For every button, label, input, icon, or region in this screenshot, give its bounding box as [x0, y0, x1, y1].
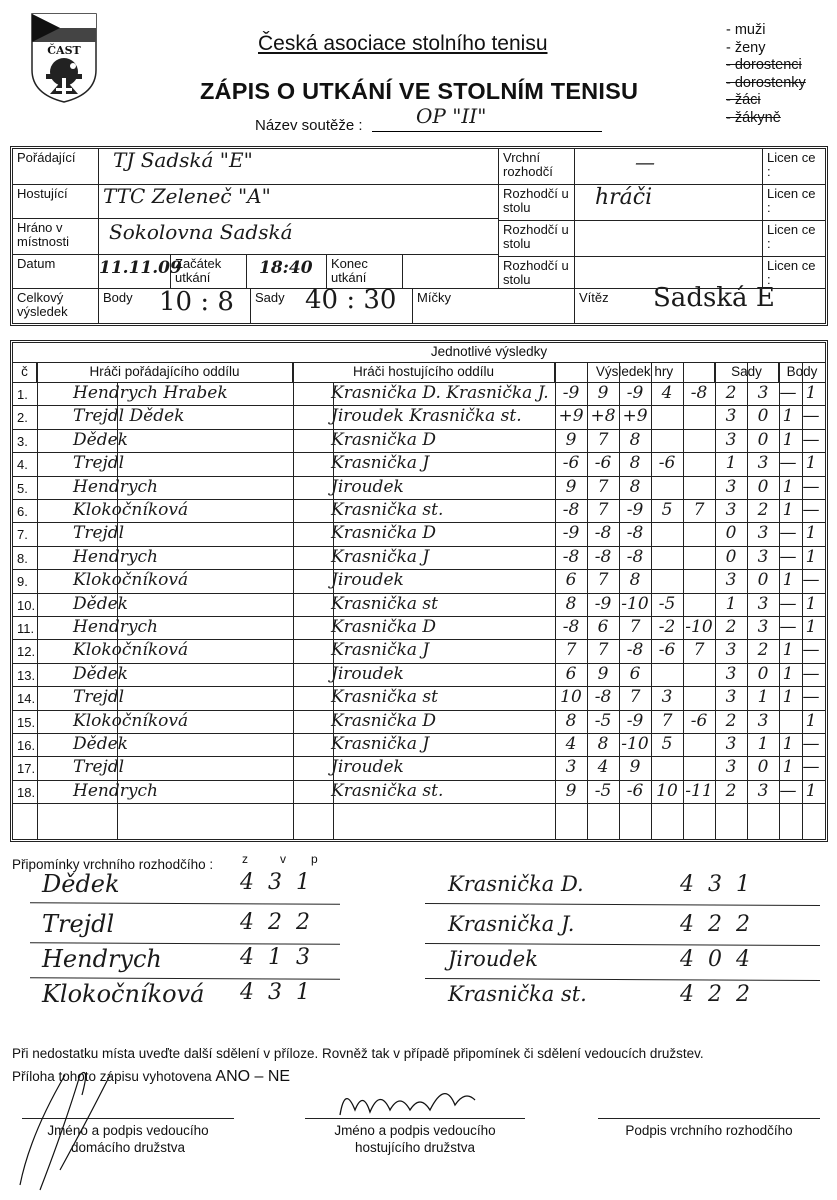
winner-field[interactable]: Vítěz Sadská E [575, 289, 825, 323]
set-score[interactable]: 2 [715, 617, 747, 637]
game-score[interactable]: 3 [555, 757, 587, 777]
row-number: 8. [17, 551, 28, 566]
table-row[interactable]: 3.DědekKrasnička D978301— [13, 430, 825, 453]
category-item[interactable]: - muži [726, 22, 806, 40]
game-score[interactable]: -8 [555, 547, 587, 567]
guest-label: Hostující [13, 185, 99, 219]
home-player[interactable]: Dědek [73, 664, 128, 684]
end-field[interactable] [403, 255, 499, 289]
set-score[interactable]: 3 [715, 734, 747, 754]
date-label: Datum [13, 255, 99, 289]
table-row[interactable]: 15.KlokočníkováKrasnička D8-5-97-6231 [13, 711, 825, 734]
remark-guest-player: Jiroudek [448, 947, 538, 971]
table-row[interactable]: 14.TrejdlKrasnička st10-873311— [13, 687, 825, 710]
game-score[interactable]: -5 [587, 781, 619, 801]
match-info-table: Pořádající TJ Sadská "E" Hostující TTC Z… [10, 146, 828, 326]
table-row[interactable]: 7.TrejdlKrasnička D-9-8-803—1 [13, 523, 825, 546]
license-label: Licen ce : [763, 149, 825, 185]
game-score[interactable]: 3 [651, 687, 683, 707]
zvp-header: z [242, 852, 248, 866]
game-score[interactable]: 9 [555, 781, 587, 801]
venue-label: Hráno v místnosti [13, 219, 99, 255]
table-row[interactable]: 16.DědekKrasnička J48-105311— [13, 734, 825, 757]
remark-guest-stats: 404 [680, 947, 764, 972]
table-row[interactable]: 4.TrejdlKrasnička J-6-68-613—1 [13, 453, 825, 476]
points-total[interactable]: Body 10 : 8 [99, 289, 251, 323]
home-signature-icon [10, 1055, 120, 1195]
game-score[interactable]: 8 [555, 711, 587, 731]
col-home-players: Hráči pořádajícího oddílu [37, 363, 293, 383]
game-score[interactable]: +9 [619, 406, 651, 426]
category-item[interactable]: - žáci [726, 92, 806, 110]
sets-total[interactable]: Sady 40 : 30 [251, 289, 413, 323]
license-label: Licen ce : [763, 257, 825, 289]
game-score[interactable]: 7 [619, 617, 651, 637]
table-referee-field[interactable]: hráči [575, 185, 763, 221]
game-score[interactable]: +9 [555, 406, 587, 426]
game-score[interactable]: -8 [619, 640, 651, 660]
table-row[interactable]: 6.KlokočníkováKrasnička st.-87-957321— [13, 500, 825, 523]
game-score[interactable]: -8 [683, 383, 715, 403]
column-divider [117, 383, 118, 839]
row-number: 1. [17, 387, 28, 402]
guest-player[interactable]: Krasnička J [331, 453, 429, 473]
game-score[interactable]: -10 [683, 617, 715, 637]
table-row[interactable]: 1.Hendrych HrabekKrasnička D. Krasnička … [13, 383, 825, 406]
guest-player[interactable]: Jiroudek [331, 570, 404, 590]
guest-player[interactable]: Krasnička D. Krasnička J. [331, 383, 549, 403]
guest-player[interactable]: Jiroudek [331, 757, 404, 777]
chief-referee-field[interactable]: — [575, 149, 763, 185]
game-score[interactable]: 7 [619, 687, 651, 707]
game-score[interactable]: -11 [683, 781, 715, 801]
remark-home-player: Klokočníková [42, 980, 204, 1008]
table-referee-label: Rozhodčí u stolu [499, 221, 575, 257]
game-score[interactable]: -8 [587, 687, 619, 707]
competition-value[interactable]: OP "II" [416, 104, 486, 128]
game-score[interactable]: -9 [587, 594, 619, 614]
table-row[interactable]: 18.HendrychKrasnička st.9-5-610-1123—1 [13, 781, 825, 804]
table-row[interactable]: 9.KlokočníkováJiroudek678301— [13, 570, 825, 593]
column-divider [802, 363, 803, 839]
table-row[interactable]: 17.TrejdlJiroudek349301— [13, 757, 825, 780]
remark-home-stats: 431 [240, 870, 324, 895]
set-score[interactable]: 3 [715, 664, 747, 684]
game-score[interactable]: 7 [587, 500, 619, 520]
set-score[interactable]: 3 [715, 640, 747, 660]
guest-player[interactable]: Krasnička D [331, 711, 436, 731]
game-score[interactable]: -6 [651, 640, 683, 660]
remark-line [30, 902, 340, 905]
competition-label: Název soutěže : [255, 117, 363, 134]
set-score[interactable]: 2 [715, 711, 747, 731]
game-score[interactable]: -6 [619, 781, 651, 801]
column-divider [293, 363, 294, 839]
attachment-options[interactable]: ANO – NE [215, 1068, 290, 1085]
guest-player[interactable]: Krasnička D [331, 617, 436, 637]
game-score[interactable]: 9 [587, 383, 619, 403]
total-label: Celkový výsledek [13, 289, 99, 323]
game-score[interactable]: 7 [587, 640, 619, 660]
guest-player[interactable]: Krasnička J [331, 734, 429, 754]
column-divider [651, 363, 652, 839]
game-score[interactable]: 7 [555, 640, 587, 660]
home-player[interactable]: Hendrych [73, 617, 158, 637]
game-score[interactable]: 8 [619, 570, 651, 590]
game-score[interactable]: -8 [555, 617, 587, 637]
guest-player[interactable]: Jiroudek Krasnička st. [331, 406, 522, 426]
remark-line [425, 903, 820, 906]
game-score[interactable]: 6 [587, 617, 619, 637]
game-score[interactable]: 9 [619, 757, 651, 777]
game-score[interactable]: -8 [587, 547, 619, 567]
start-field[interactable]: 18:40 [247, 255, 327, 289]
row-number: 15. [17, 715, 35, 730]
remark-guest-player: Krasnička J. [448, 912, 574, 936]
table-row[interactable]: 10.DědekKrasnička st8-9-10-513—1 [13, 594, 825, 617]
set-score[interactable]: 0 [715, 547, 747, 567]
game-score[interactable]: -5 [651, 594, 683, 614]
game-score[interactable]: 7 [651, 711, 683, 731]
home-player[interactable]: Hendrych Hrabek [73, 383, 228, 403]
column-divider [747, 363, 748, 839]
game-score[interactable]: 5 [651, 734, 683, 754]
game-score[interactable]: -9 [555, 383, 587, 403]
chief-referee-label: Vrchní rozhodčí [499, 149, 575, 185]
row-number: 6. [17, 504, 28, 519]
remark-guest-stats: 422 [680, 982, 764, 1007]
game-score[interactable]: -8 [555, 500, 587, 520]
row-number: 2. [17, 410, 28, 425]
remark-guest-stats: 422 [680, 912, 764, 937]
guest-player[interactable]: Jiroudek [331, 664, 404, 684]
referee-signature-label: Podpis vrchního rozhodčího [598, 1122, 820, 1139]
guest-player[interactable]: Krasnička D [331, 523, 436, 543]
remark-home-player: Trejdl [42, 910, 114, 938]
game-score[interactable]: -6 [651, 453, 683, 473]
guest-player[interactable]: Krasnička st [331, 687, 438, 707]
table-row[interactable]: 2.Trejdl DědekJiroudek Krasnička st.+9+8… [13, 406, 825, 429]
category-item[interactable]: - dorostenky [726, 75, 806, 93]
set-score[interactable]: 0 [715, 523, 747, 543]
row-number: 7. [17, 527, 28, 542]
game-score[interactable]: -9 [619, 500, 651, 520]
set-score[interactable]: 3 [715, 406, 747, 426]
home-player[interactable]: Klokočníková [73, 570, 188, 590]
remark-line [425, 978, 820, 981]
home-player[interactable]: Hendrych [73, 781, 158, 801]
game-score[interactable]: -6 [587, 453, 619, 473]
guest-signature-icon [335, 1080, 485, 1120]
column-divider [619, 363, 620, 839]
column-divider [37, 363, 38, 839]
remark-guest-player: Krasnička st. [448, 982, 587, 1006]
set-score[interactable]: 3 [715, 687, 747, 707]
home-player[interactable]: Trejdl Dědek [73, 406, 184, 426]
remark-home-stats: 413 [240, 945, 324, 970]
row-number: 11. [17, 621, 34, 636]
set-score[interactable]: 1 [715, 594, 747, 614]
game-score[interactable]: 10 [555, 687, 587, 707]
row-number: 13. [17, 668, 35, 683]
game-score[interactable]: +8 [587, 406, 619, 426]
set-score[interactable]: 1 [715, 453, 747, 473]
column-divider [779, 363, 780, 839]
game-score[interactable]: 6 [555, 570, 587, 590]
game-score[interactable]: -10 [619, 734, 651, 754]
game-score[interactable]: 4 [651, 383, 683, 403]
cast-logo-icon: ČAST [30, 12, 98, 104]
row-number: 10. [17, 598, 35, 613]
game-score[interactable]: 7 [683, 640, 715, 660]
game-score[interactable]: 10 [651, 781, 683, 801]
category-item[interactable]: - ženy [726, 40, 806, 58]
table-row[interactable]: 13.DědekJiroudek696301— [13, 664, 825, 687]
game-score[interactable]: -10 [619, 594, 651, 614]
game-score[interactable]: 8 [619, 453, 651, 473]
results-table: Jednotlivé výsledky č Hráči pořádajícího… [10, 340, 828, 842]
results-section-title: Jednotlivé výsledky [13, 343, 825, 363]
column-divider [715, 363, 716, 839]
balls-total[interactable]: Míčky [413, 289, 575, 323]
date-field[interactable]: 11.11.09 [99, 255, 171, 289]
game-score[interactable]: -8 [619, 547, 651, 567]
game-score[interactable]: 7 [587, 477, 619, 497]
game-score[interactable]: -6 [683, 711, 715, 731]
guest-player[interactable]: Krasnička D [331, 430, 436, 450]
set-score[interactable]: 3 [715, 477, 747, 497]
remark-guest-stats: 431 [680, 872, 764, 897]
row-number: 18. [17, 785, 35, 800]
game-score[interactable]: 7 [587, 570, 619, 590]
competition-line [372, 131, 602, 132]
col-guest-players: Hráči hostujícího oddílu [293, 363, 555, 383]
remark-home-player: Dědek [42, 870, 120, 898]
association-name: Česká asociace stolního tenisu [258, 32, 548, 56]
game-score[interactable]: 5 [651, 500, 683, 520]
home-player[interactable]: Dědek [73, 734, 128, 754]
home-player[interactable]: Klokočníková [73, 640, 188, 660]
game-score[interactable]: 7 [587, 430, 619, 450]
guest-player[interactable]: Krasnička st [331, 594, 438, 614]
table-referee-label: Rozhodčí u stolu [499, 185, 575, 221]
set-score[interactable]: 3 [747, 711, 779, 731]
game-score[interactable]: 8 [555, 594, 587, 614]
remark-home-stats: 431 [240, 980, 324, 1005]
row-number: 5. [17, 481, 28, 496]
zvp-header: p [311, 852, 318, 866]
page-title: ZÁPIS O UTKÁNÍ VE STOLNÍM TENISU [200, 78, 638, 105]
table-row[interactable]: 12.KlokočníkováKrasnička J77-8-67321— [13, 640, 825, 663]
game-score[interactable]: -2 [651, 617, 683, 637]
table-row[interactable]: 8.HendrychKrasnička J-8-8-803—1 [13, 547, 825, 570]
guest-field[interactable]: TTC Zeleneč "A" [99, 185, 499, 219]
end-label: Konec utkání [327, 255, 403, 289]
guest-player[interactable]: Krasnička J [331, 547, 429, 567]
svg-text:ČAST: ČAST [47, 43, 81, 57]
game-score[interactable]: -9 [619, 383, 651, 403]
game-score[interactable]: -6 [555, 453, 587, 473]
row-number: 12. [17, 644, 35, 659]
row-number: 17. [17, 761, 35, 776]
column-divider [333, 383, 334, 839]
game-score[interactable]: 6 [619, 664, 651, 684]
game-score[interactable]: 8 [619, 477, 651, 497]
guest-signature-label: Jméno a podpis vedoucíhohostujícího druž… [305, 1122, 525, 1156]
game-score[interactable]: 4 [555, 734, 587, 754]
table-row[interactable]: 11.HendrychKrasnička D-867-2-1023—1 [13, 617, 825, 640]
row-number: 9. [17, 574, 28, 589]
game-score[interactable]: 7 [683, 500, 715, 520]
set-score[interactable]: 3 [715, 570, 747, 590]
col-no: č [13, 363, 37, 383]
remark-home-player: Hendrych [42, 945, 162, 973]
table-referee-field[interactable] [575, 257, 763, 289]
remark-guest-player: Krasnička D. [448, 872, 584, 896]
zvp-header: v [280, 852, 286, 866]
game-score[interactable]: 9 [555, 477, 587, 497]
guest-player[interactable]: Jiroudek [331, 477, 404, 497]
row-number: 3. [17, 434, 28, 449]
guest-player[interactable]: Krasnička st. [331, 500, 443, 520]
remark-home-stats: 422 [240, 910, 324, 935]
table-referee-field[interactable] [575, 221, 763, 257]
game-score[interactable]: 9 [587, 664, 619, 684]
start-label: Začátek utkání [171, 255, 247, 289]
set-score[interactable]: 2 [715, 781, 747, 801]
game-score[interactable]: -5 [587, 711, 619, 731]
home-player[interactable]: Hendrych [73, 547, 158, 567]
row-number: 14. [17, 691, 35, 706]
category-item[interactable]: - žákyně [726, 110, 806, 128]
game-score[interactable]: 4 [587, 757, 619, 777]
home-player[interactable]: Klokočníková [73, 711, 188, 731]
remark-line [425, 943, 820, 946]
home-label: Pořádající [13, 149, 99, 185]
license-label: Licen ce : [763, 221, 825, 257]
table-referee-label: Rozhodčí u stolu [499, 257, 575, 289]
set-score[interactable]: 3 [715, 757, 747, 777]
home-player[interactable]: Klokočníková [73, 500, 188, 520]
guest-player[interactable]: Krasnička J [331, 640, 429, 660]
col-game-result: Výsledek hry [555, 363, 715, 383]
venue-field[interactable]: Sokolovna Sadská [99, 219, 499, 255]
row-number: 16. [17, 738, 35, 753]
home-player[interactable]: Dědek [73, 430, 128, 450]
set-score[interactable]: 3 [715, 500, 747, 520]
referee-signature-line[interactable] [598, 1118, 820, 1119]
set-score[interactable]: 3 [715, 430, 747, 450]
game-score[interactable]: 9 [555, 430, 587, 450]
home-player[interactable]: Hendrych [73, 477, 158, 497]
category-list: - muži - ženy - dorostenci - dorostenky … [726, 22, 806, 127]
game-score[interactable]: -8 [619, 523, 651, 543]
game-score[interactable]: -9 [619, 711, 651, 731]
home-player[interactable]: Dědek [73, 594, 128, 614]
game-score[interactable]: -8 [587, 523, 619, 543]
guest-player[interactable]: Krasnička st. [331, 781, 443, 801]
license-label: Licen ce : [763, 185, 825, 221]
game-score[interactable]: -9 [555, 523, 587, 543]
category-item[interactable]: - dorostenci [726, 57, 806, 75]
column-divider [555, 363, 556, 839]
game-score[interactable]: 8 [587, 734, 619, 754]
game-score[interactable]: 8 [619, 430, 651, 450]
column-divider [683, 363, 684, 839]
column-divider [587, 363, 588, 839]
table-row[interactable]: 5.HendrychJiroudek978301— [13, 477, 825, 500]
home-field[interactable]: TJ Sadská "E" [99, 149, 499, 185]
row-number: 4. [17, 457, 28, 472]
set-score[interactable]: 2 [715, 383, 747, 403]
game-score[interactable]: 6 [555, 664, 587, 684]
